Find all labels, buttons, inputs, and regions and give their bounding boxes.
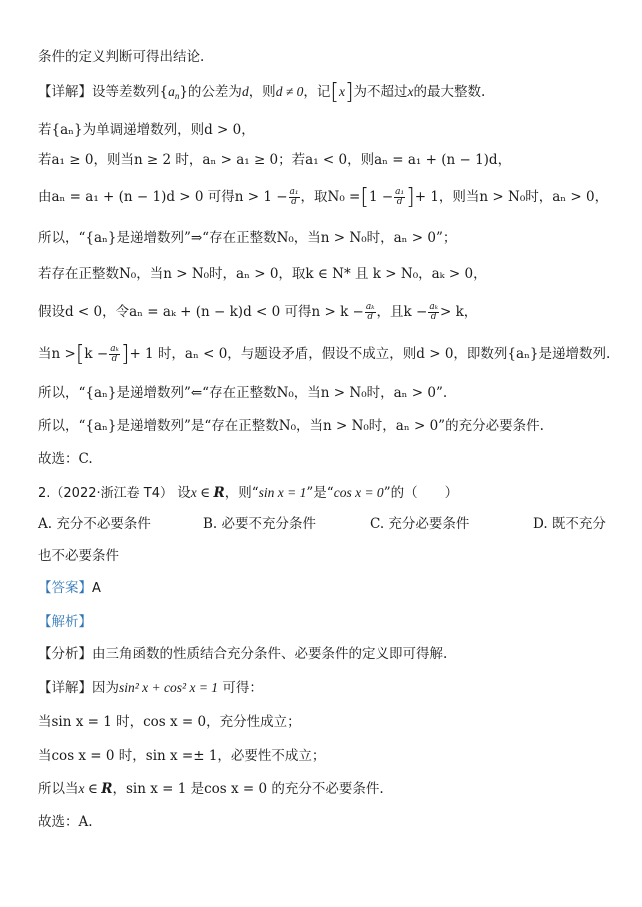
text-line: 若存在正整数N₀，当n > N₀时，aₙ > 0，取k ∈ N* 且 k > N… bbox=[38, 264, 487, 284]
bracket: [ bbox=[360, 185, 369, 210]
fraction: aₖd bbox=[365, 303, 376, 322]
text: 因为 bbox=[92, 680, 119, 696]
math: x ∈ bbox=[191, 485, 214, 500]
text: ，则“ bbox=[225, 485, 259, 501]
text-line: 条件的定义判断可得出结论. bbox=[38, 47, 204, 67]
text-line: 若{aₙ}为单调递增数列，则d > 0， bbox=[38, 120, 255, 140]
text-line: 所以，“{aₙ}是递增数列”⇒“存在正整数N₀，当n > N₀时，aₙ > 0”… bbox=[38, 228, 456, 248]
text: ”的（ ） bbox=[384, 485, 458, 501]
option-d-continued: 也不必要条件 bbox=[38, 546, 119, 566]
text: 的最大整数. bbox=[414, 84, 486, 100]
text: }的公差为 bbox=[179, 84, 242, 100]
math: sin x = 1 bbox=[259, 485, 307, 500]
math: sin² x + cos² x = 1 bbox=[119, 680, 218, 695]
text: 可得： bbox=[218, 680, 263, 696]
question-number: 2. bbox=[38, 486, 50, 501]
math-d: d bbox=[242, 84, 249, 99]
fraction: aₖd bbox=[109, 345, 120, 364]
text: 所以当 bbox=[38, 781, 79, 797]
detail-line: 【详解】设等差数列{an}的公差为d，则d ≠ 0，记[x]为不超过x的最大整数… bbox=[38, 82, 485, 106]
text-line: 所以，“{aₙ}是递增数列”是“存在正整数N₀，当n > N₀时，aₙ > 0”… bbox=[38, 416, 544, 436]
math: d ≠ 0 bbox=[276, 84, 304, 99]
text: 设 bbox=[177, 485, 191, 501]
bracket: ] bbox=[345, 80, 354, 105]
text: ，且k − bbox=[377, 304, 428, 320]
analysis-detail: 【详解】因为sin² x + cos² x = 1 可得： bbox=[38, 678, 263, 698]
math-R: R bbox=[214, 485, 225, 501]
fraction: a₁d bbox=[289, 188, 300, 207]
option-a: A. 充分不必要条件 bbox=[38, 514, 151, 534]
text: + 1 时，aₙ < 0，与题设矛盾，假设不成立，则d > 0，即数列{aₙ}是… bbox=[129, 346, 610, 362]
bracket: [ bbox=[330, 80, 339, 105]
text-line: 故选：C. bbox=[38, 449, 93, 469]
text-line: 若a₁ ≥ 0，则当n ≥ 2 时，aₙ > a₁ ≥ 0；若a₁ < 0，则a… bbox=[38, 150, 511, 170]
text-line: 所以，“{aₙ}是递增数列”⇐“存在正整数N₀，当n > N₀时，aₙ > 0”… bbox=[38, 383, 447, 403]
text: 1 − bbox=[369, 189, 393, 205]
answer-label: 【答案】 bbox=[38, 580, 92, 596]
text-line: 当cos x = 0 时，sin x =± 1，必要性不成立； bbox=[38, 746, 325, 766]
text: ，则 bbox=[249, 84, 276, 100]
text-line: 当sin x = 1 时，cos x = 0，充分性成立； bbox=[38, 712, 301, 732]
text: 为不超过 bbox=[354, 84, 408, 100]
text: 设等差数列{ bbox=[92, 84, 168, 100]
option-d: D. 既不充分 bbox=[533, 514, 606, 534]
text-line: 当n >[k −aₖd]+ 1 时，aₙ < 0，与题设矛盾，假设不成立，则d … bbox=[38, 344, 610, 365]
text: ，记 bbox=[303, 84, 330, 100]
question-stem: 2.（2022·浙江卷 T4） 设x ∈ R，则“sin x = 1”是“cos… bbox=[38, 483, 458, 504]
option-c: C. 充分必要条件 bbox=[370, 514, 469, 534]
text: k − bbox=[84, 346, 108, 362]
text: 假设d < 0，令aₙ = aₖ + (n − k)d < 0 可得n > k … bbox=[38, 304, 364, 320]
text: 由三角函数的性质结合充分条件、必要条件的定义即可得解. bbox=[92, 646, 447, 662]
fraction: aₖd bbox=[428, 303, 439, 322]
text: 由aₙ = a₁ + (n − 1)d > 0 可得n > 1 − bbox=[38, 189, 288, 205]
text: + 1，则当n > N₀时，aₙ > 0， bbox=[415, 189, 608, 205]
text-line: 故选：A. bbox=[38, 812, 93, 832]
section-label-analysis: 【分析】 bbox=[38, 646, 92, 662]
option-b: B. 必要不充分条件 bbox=[203, 514, 316, 534]
text-line: 假设d < 0，令aₙ = aₖ + (n − k)d < 0 可得n > k … bbox=[38, 302, 477, 322]
fraction: a₁d bbox=[394, 188, 405, 207]
math: cos x = 0 bbox=[334, 485, 384, 500]
math-R: R bbox=[101, 781, 112, 797]
math: x ∈ bbox=[79, 781, 102, 796]
question-source: （2022·浙江卷 T4） bbox=[50, 486, 173, 501]
text: ”是“ bbox=[306, 485, 333, 501]
answer-value: A bbox=[92, 581, 101, 596]
math-a: an bbox=[168, 84, 179, 99]
answer-line: 【答案】A bbox=[38, 578, 101, 599]
analysis-fenxi: 【分析】由三角函数的性质结合充分条件、必要条件的定义即可得解. bbox=[38, 644, 447, 664]
text-line: 由aₙ = a₁ + (n − 1)d > 0 可得n > 1 −a₁d，取N₀… bbox=[38, 187, 608, 208]
analysis-header: 【解析】 bbox=[38, 612, 92, 632]
text: ，sin x = 1 是cos x = 0 的充分不必要条件. bbox=[112, 781, 383, 797]
bracket: ] bbox=[406, 185, 415, 210]
text: > k， bbox=[440, 304, 477, 320]
text: ，取N₀ = bbox=[301, 189, 361, 205]
section-label-detail: 【详解】 bbox=[38, 84, 92, 100]
text: 当n > bbox=[38, 346, 76, 362]
section-label-detail: 【详解】 bbox=[38, 680, 92, 696]
text-line: 所以当x ∈ R，sin x = 1 是cos x = 0 的充分不必要条件. bbox=[38, 779, 384, 799]
